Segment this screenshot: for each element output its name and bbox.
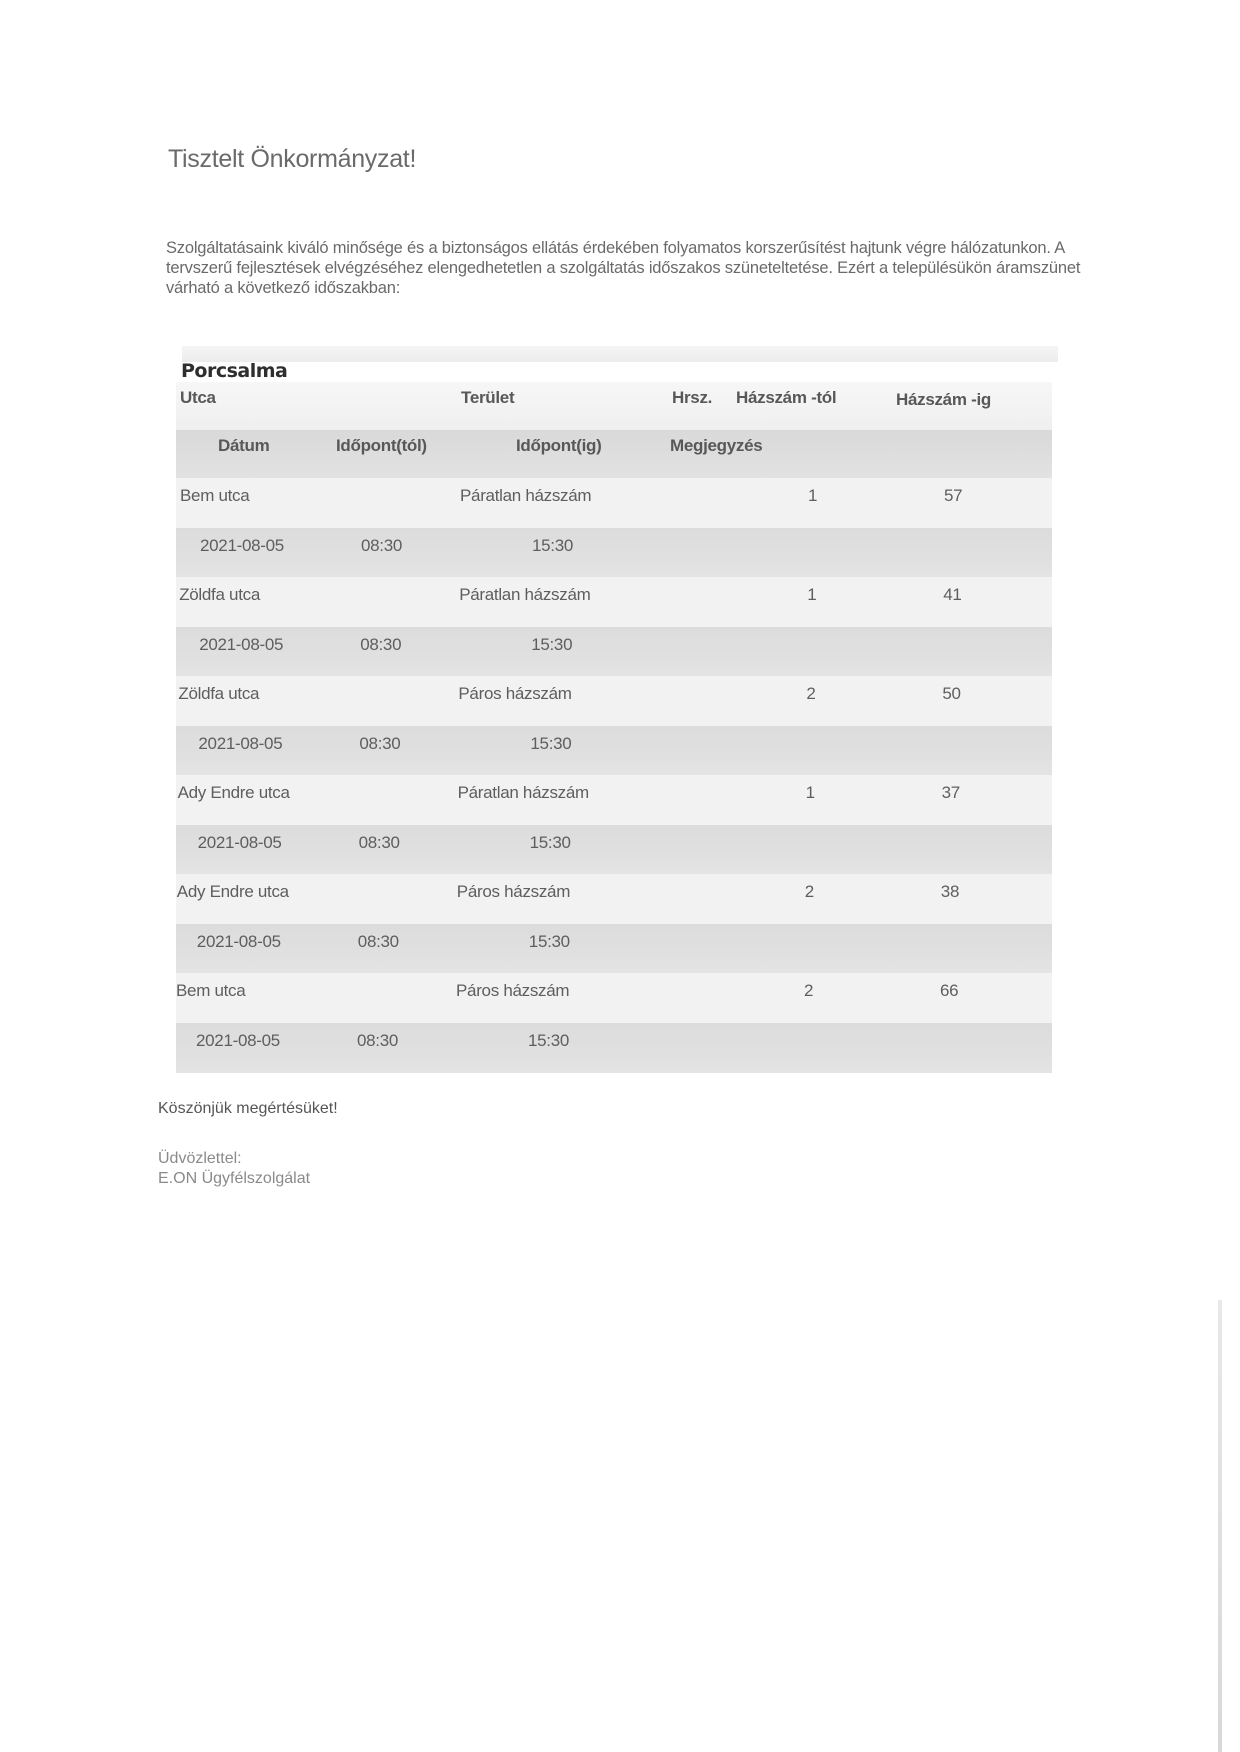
cell-area: Páros házszám <box>456 981 569 1001</box>
date-row: 2021-08-0508:3015:30 <box>176 924 1052 974</box>
cell-street: Ady Endre utca <box>178 783 290 803</box>
cell-time-to: 15:30 <box>529 932 570 952</box>
town-name: Porcsalma <box>181 360 287 382</box>
cell-time-from: 08:30 <box>358 932 399 952</box>
cell-time-from: 08:30 <box>361 536 402 556</box>
header-date: Dátum <box>218 436 269 456</box>
cell-to-no: 37 <box>942 783 960 803</box>
cell-date: 2021-08-05 <box>198 734 282 754</box>
street-row: Ady Endre utcaPáros házszám238 <box>176 874 1052 924</box>
cell-date: 2021-08-05 <box>198 833 282 853</box>
cell-from-no: 1 <box>807 585 816 605</box>
cell-area: Páros házszám <box>457 882 570 902</box>
sign-off: Üdvözlettel: <box>158 1150 242 1168</box>
header-area: Terület <box>461 388 514 408</box>
cell-area: Páratlan házszám <box>459 585 590 605</box>
street-header-row: Utca Terület Hrsz. Házszám -tól Házszám … <box>176 382 1052 430</box>
header-hrsz: Hrsz. <box>672 388 712 408</box>
street-row: Zöldfa utcaPáratlan házszám141 <box>176 577 1052 627</box>
cell-from-no: 1 <box>808 486 817 506</box>
cell-time-to: 15:30 <box>528 1031 569 1051</box>
cell-date: 2021-08-05 <box>196 1031 280 1051</box>
cell-time-to: 15:30 <box>530 734 571 754</box>
cell-time-from: 08:30 <box>359 734 400 754</box>
cell-time-from: 08:30 <box>357 1031 398 1051</box>
cell-time-to: 15:30 <box>530 833 571 853</box>
table-top-band <box>182 346 1058 362</box>
date-row: 2021-08-0508:3015:30 <box>176 528 1052 578</box>
cell-from-no: 2 <box>806 684 815 704</box>
header-time-from: Időpont(tól) <box>336 436 427 456</box>
cell-to-no: 57 <box>944 486 962 506</box>
cell-date: 2021-08-05 <box>199 635 283 655</box>
date-row: 2021-08-0508:3015:30 <box>176 825 1052 875</box>
signature: E.ON Ügyfélszolgálat <box>158 1170 310 1188</box>
header-note: Megjegyzés <box>670 436 762 456</box>
date-row: 2021-08-0508:3015:30 <box>176 1023 1052 1073</box>
cell-street: Bem utca <box>180 486 249 506</box>
street-row: Bem utcaPáros házszám266 <box>176 973 1052 1023</box>
cell-time-to: 15:30 <box>531 635 572 655</box>
cell-area: Páratlan házszám <box>458 783 589 803</box>
cell-street: Zöldfa utca <box>178 684 259 704</box>
cell-street: Bem utca <box>176 981 245 1001</box>
cell-to-no: 38 <box>941 882 959 902</box>
cell-date: 2021-08-05 <box>197 932 281 952</box>
cell-to-no: 66 <box>940 981 958 1001</box>
cell-time-from: 08:30 <box>359 833 400 853</box>
cell-from-no: 1 <box>806 783 815 803</box>
street-row: Bem utcaPáratlan házszám157 <box>176 478 1052 528</box>
cell-time-from: 08:30 <box>360 635 401 655</box>
date-row: 2021-08-0508:3015:30 <box>176 726 1052 776</box>
letter-greeting: Tisztelt Önkormányzat! <box>168 145 416 174</box>
date-row: 2021-08-0508:3015:30 <box>176 627 1052 677</box>
header-street: Utca <box>180 388 216 408</box>
time-header-row: Dátum Időpont(tól) Időpont(ig) Megjegyzé… <box>176 430 1052 478</box>
scan-edge-line <box>1218 1300 1222 1752</box>
cell-area: Páros házszám <box>458 684 571 704</box>
header-to-no: Házszám -ig <box>896 390 991 410</box>
header-time-to: Időpont(ig) <box>516 436 601 456</box>
cell-time-to: 15:30 <box>532 536 573 556</box>
cell-area: Páratlan házszám <box>460 486 591 506</box>
cell-to-no: 41 <box>943 585 961 605</box>
cell-date: 2021-08-05 <box>200 536 284 556</box>
header-from-no: Házszám -tól <box>736 388 836 408</box>
street-row: Ady Endre utcaPáratlan házszám137 <box>176 775 1052 825</box>
cell-from-no: 2 <box>804 981 813 1001</box>
street-row: Zöldfa utcaPáros házszám250 <box>176 676 1052 726</box>
cell-street: Zöldfa utca <box>179 585 260 605</box>
cell-from-no: 2 <box>805 882 814 902</box>
closing-text: Köszönjük megértésüket! <box>158 1100 338 1118</box>
cell-street: Ady Endre utca <box>177 882 289 902</box>
cell-to-no: 50 <box>942 684 960 704</box>
intro-paragraph: Szolgáltatásaink kiváló minősége és a bi… <box>166 238 1086 298</box>
